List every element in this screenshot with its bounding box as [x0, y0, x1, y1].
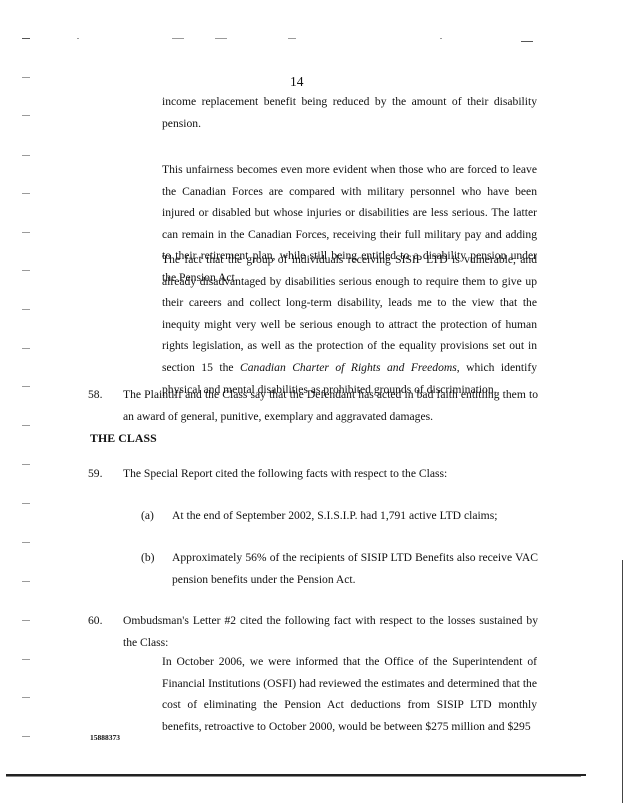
- paragraph-number-60: 60.: [88, 610, 103, 632]
- document-page: 14 income replacement benefit being redu…: [0, 0, 624, 803]
- margin-mark: [22, 232, 30, 233]
- scan-speck: [288, 38, 296, 39]
- margin-mark: [22, 620, 30, 621]
- margin-mark: [22, 659, 30, 660]
- item-b-text: Approximately 56% of the recipients of S…: [172, 547, 538, 590]
- scan-speck: [440, 38, 442, 39]
- scan-speck: [77, 38, 79, 39]
- page-number: 14: [290, 74, 304, 90]
- document-id: 15888373: [90, 733, 120, 742]
- margin-mark: [22, 155, 30, 156]
- margin-mark: [22, 425, 30, 426]
- paragraph-58-text: The Plaintiff and the Class say that the…: [123, 384, 538, 427]
- charter-title: Canadian Charter of Rights and Freedoms: [240, 361, 457, 374]
- margin-mark: [22, 542, 30, 543]
- section-heading-the-class: THE CLASS: [90, 431, 157, 446]
- scan-speck: [172, 38, 184, 39]
- margin-mark: [22, 193, 30, 194]
- margin-mark: [22, 348, 30, 349]
- margin-mark: [22, 77, 30, 78]
- quote-text: The fact that the group of individuals r…: [162, 253, 537, 374]
- paragraph-59-text: The Special Report cited the following f…: [123, 463, 538, 485]
- margin-mark: [22, 697, 30, 698]
- paragraph-number-58: 58.: [88, 384, 103, 406]
- scan-speck: [215, 38, 227, 39]
- margin-mark: [22, 115, 30, 116]
- scan-speck: [521, 41, 533, 42]
- scan-bottom-rule-shadow: [6, 776, 581, 777]
- quote-continuation: income replacement benefit being reduced…: [162, 91, 537, 134]
- item-label-b: (b): [141, 547, 155, 569]
- margin-mark: [22, 270, 30, 271]
- scan-right-edge: [622, 560, 623, 803]
- item-label-a: (a): [141, 505, 154, 527]
- margin-mark: [22, 581, 30, 582]
- scan-speck: [22, 38, 30, 39]
- margin-mark: [22, 309, 30, 310]
- paragraph-60-text: Ombudsman's Letter #2 cited the followin…: [123, 610, 538, 653]
- paragraph-number-59: 59.: [88, 463, 103, 485]
- margin-mark: [22, 736, 30, 737]
- margin-mark: [22, 503, 30, 504]
- quote-paragraph-vulnerable: The fact that the group of individuals r…: [162, 249, 537, 400]
- ombudsman-quote: In October 2006, we were informed that t…: [162, 651, 537, 737]
- margin-mark: [22, 464, 30, 465]
- item-a-text: At the end of September 2002, S.I.S.I.P.…: [172, 505, 538, 527]
- margin-mark: [22, 386, 30, 387]
